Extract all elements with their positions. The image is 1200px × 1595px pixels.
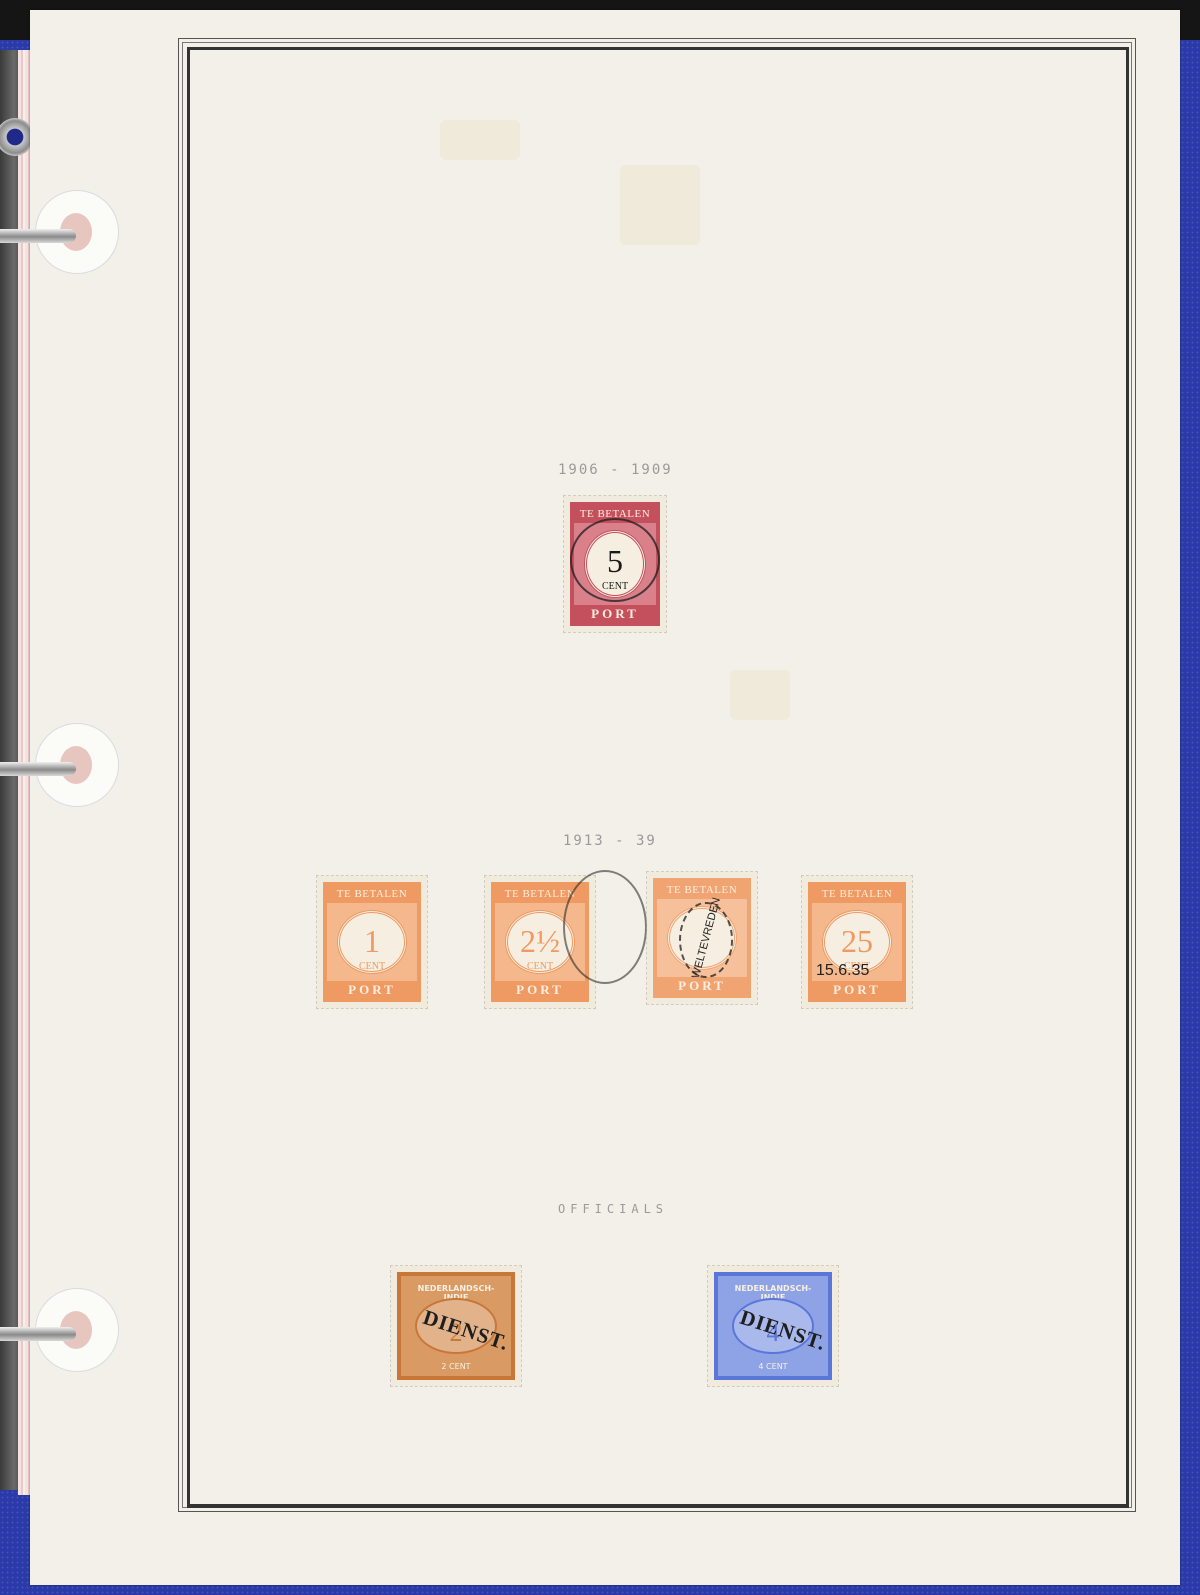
stamp-bottom-text: PORT (495, 981, 585, 998)
stamp-value: 25 (825, 925, 889, 957)
postmark-icon (563, 870, 647, 984)
binder-ring-top (35, 190, 119, 274)
stamp-postage-due-2-half-cent[interactable]: TE BETALEN 2½ CENT PORT (485, 876, 595, 1008)
stamp-bottom-text: PORT (657, 977, 747, 994)
stamp-unit: CENT (508, 961, 572, 972)
stamp-official-4-cent[interactable]: NEDERLANDSCH-INDIE 4 4 CENT DIENST. (708, 1266, 838, 1386)
stamp-top-text: TE BETALEN (812, 886, 902, 903)
binder-ring-bottom (35, 1288, 119, 1372)
postmark-text: 15.6.35 (816, 962, 869, 980)
stamp-postage-due-5-cent[interactable]: TE BETALEN 5 CENT PORT (564, 496, 666, 632)
stamp-top-text: TE BETALEN (327, 886, 417, 903)
stamp-official-2-cent[interactable]: NEDERLANDSCH-INDIE 2 2 CENT DIENST. (391, 1266, 521, 1386)
section-heading-1906-1909: 1906 - 1909 (558, 462, 673, 478)
stamp-unit: 4 CENT (718, 1362, 828, 1371)
album-page: 1906 - 1909 TE BETALEN 5 CENT PORT 1913 … (30, 10, 1180, 1585)
stamp-unit: 2 CENT (401, 1362, 511, 1371)
stamp-bottom-text: PORT (574, 605, 656, 622)
section-heading-officials: OFFICIALS (558, 1202, 668, 1216)
stamp-top-text: TE BETALEN (657, 882, 747, 899)
stamp-unit: CENT (340, 961, 404, 972)
stamp-postage-due-1-cent[interactable]: TE BETALEN 1 CENT PORT (317, 876, 427, 1008)
stamp-oval: 1 CENT (337, 910, 407, 974)
hinge-stain (730, 670, 790, 720)
binder-ring-middle (35, 723, 119, 807)
stamp-bottom-text: PORT (812, 981, 902, 998)
stamp-postage-due-cancelled[interactable]: TE BETALEN PORT WELTEVREDEN (647, 872, 757, 1004)
stamp-value: 1 (340, 925, 404, 957)
hinge-stain (620, 165, 700, 245)
hinge-stain (440, 120, 520, 160)
postmark-icon (570, 518, 660, 602)
page-border-inner (187, 47, 1129, 1508)
stamp-postage-due-25-cent[interactable]: TE BETALEN 25 CENT PORT 15.6.35 (802, 876, 912, 1008)
stamp-bottom-text: PORT (327, 981, 417, 998)
section-heading-1913-39: 1913 - 39 (563, 833, 657, 849)
